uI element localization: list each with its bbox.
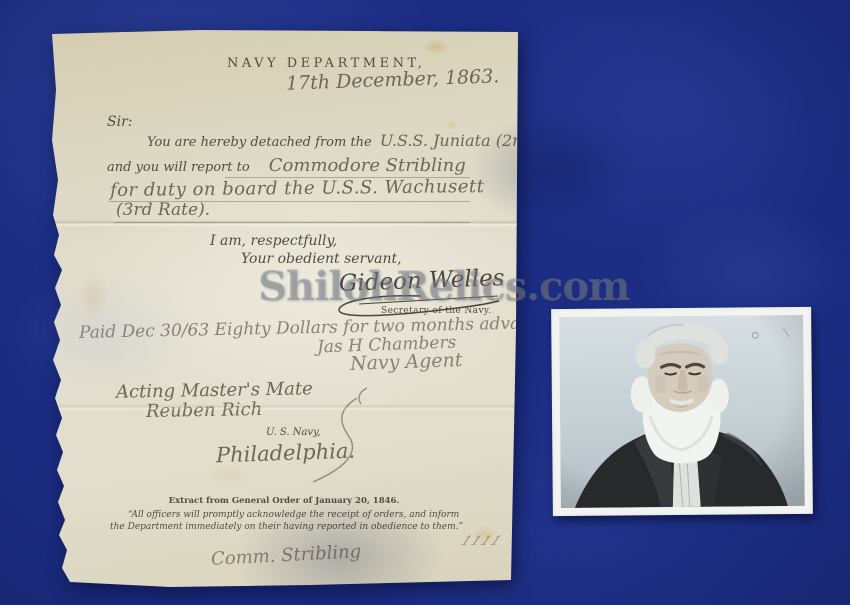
addressee-service: U. S. Navy, [266, 428, 321, 438]
closing-line-1: I am, respectfully, [210, 234, 337, 248]
penciled-tally: 1111 [459, 535, 505, 548]
portrait-photo-image [559, 315, 805, 508]
stain [420, 36, 452, 58]
addressee-city: Philadelphia. [216, 441, 356, 467]
extract-heading: Extract from General Order of January 20… [134, 497, 434, 506]
body-line-4-handwritten: (3rd Rate). [116, 202, 210, 219]
navy-department-letter: NAVY DEPARTMENT, 17th December, 1863. Si… [50, 30, 518, 588]
extract-text: “All officers will promptly acknowledge … [110, 509, 472, 533]
stain [74, 266, 114, 326]
date-handwritten: 17th December, 1863. [286, 67, 500, 93]
payment-note: Paid Dec 30/63 Eighty Dollars for two mo… [79, 315, 551, 342]
body-line-1-printed: You are hereby detached from the [147, 135, 372, 150]
body-line-3-handwritten: for duty on board the U.S.S. Wachusett [110, 178, 485, 200]
blue-velvet-backdrop: NAVY DEPARTMENT, 17th December, 1863. Si… [0, 0, 850, 605]
closing-line-2: Your obedient servant, [241, 252, 402, 266]
payment-title: Navy Agent [350, 351, 463, 374]
body-line-2-printed: and you will report to [107, 160, 250, 175]
body-line-1: You are hereby detached from the U.S.S. … [147, 133, 582, 149]
fold-crease [50, 404, 518, 411]
body-line-2-handwritten: Commodore Stribling [269, 155, 466, 176]
body-line-2: and you will report to Commodore Stribli… [107, 157, 466, 175]
docketing-signature: Comm. Stribling [211, 543, 362, 569]
body-line-1-handwritten: U.S.S. Juniata (2nd Rate) [380, 131, 582, 150]
stain [443, 118, 461, 132]
addressee-rank: Acting Master's Mate [116, 380, 313, 401]
fold-crease [50, 220, 518, 227]
salutation: Sir: [107, 115, 132, 129]
portrait-photo [551, 307, 813, 516]
